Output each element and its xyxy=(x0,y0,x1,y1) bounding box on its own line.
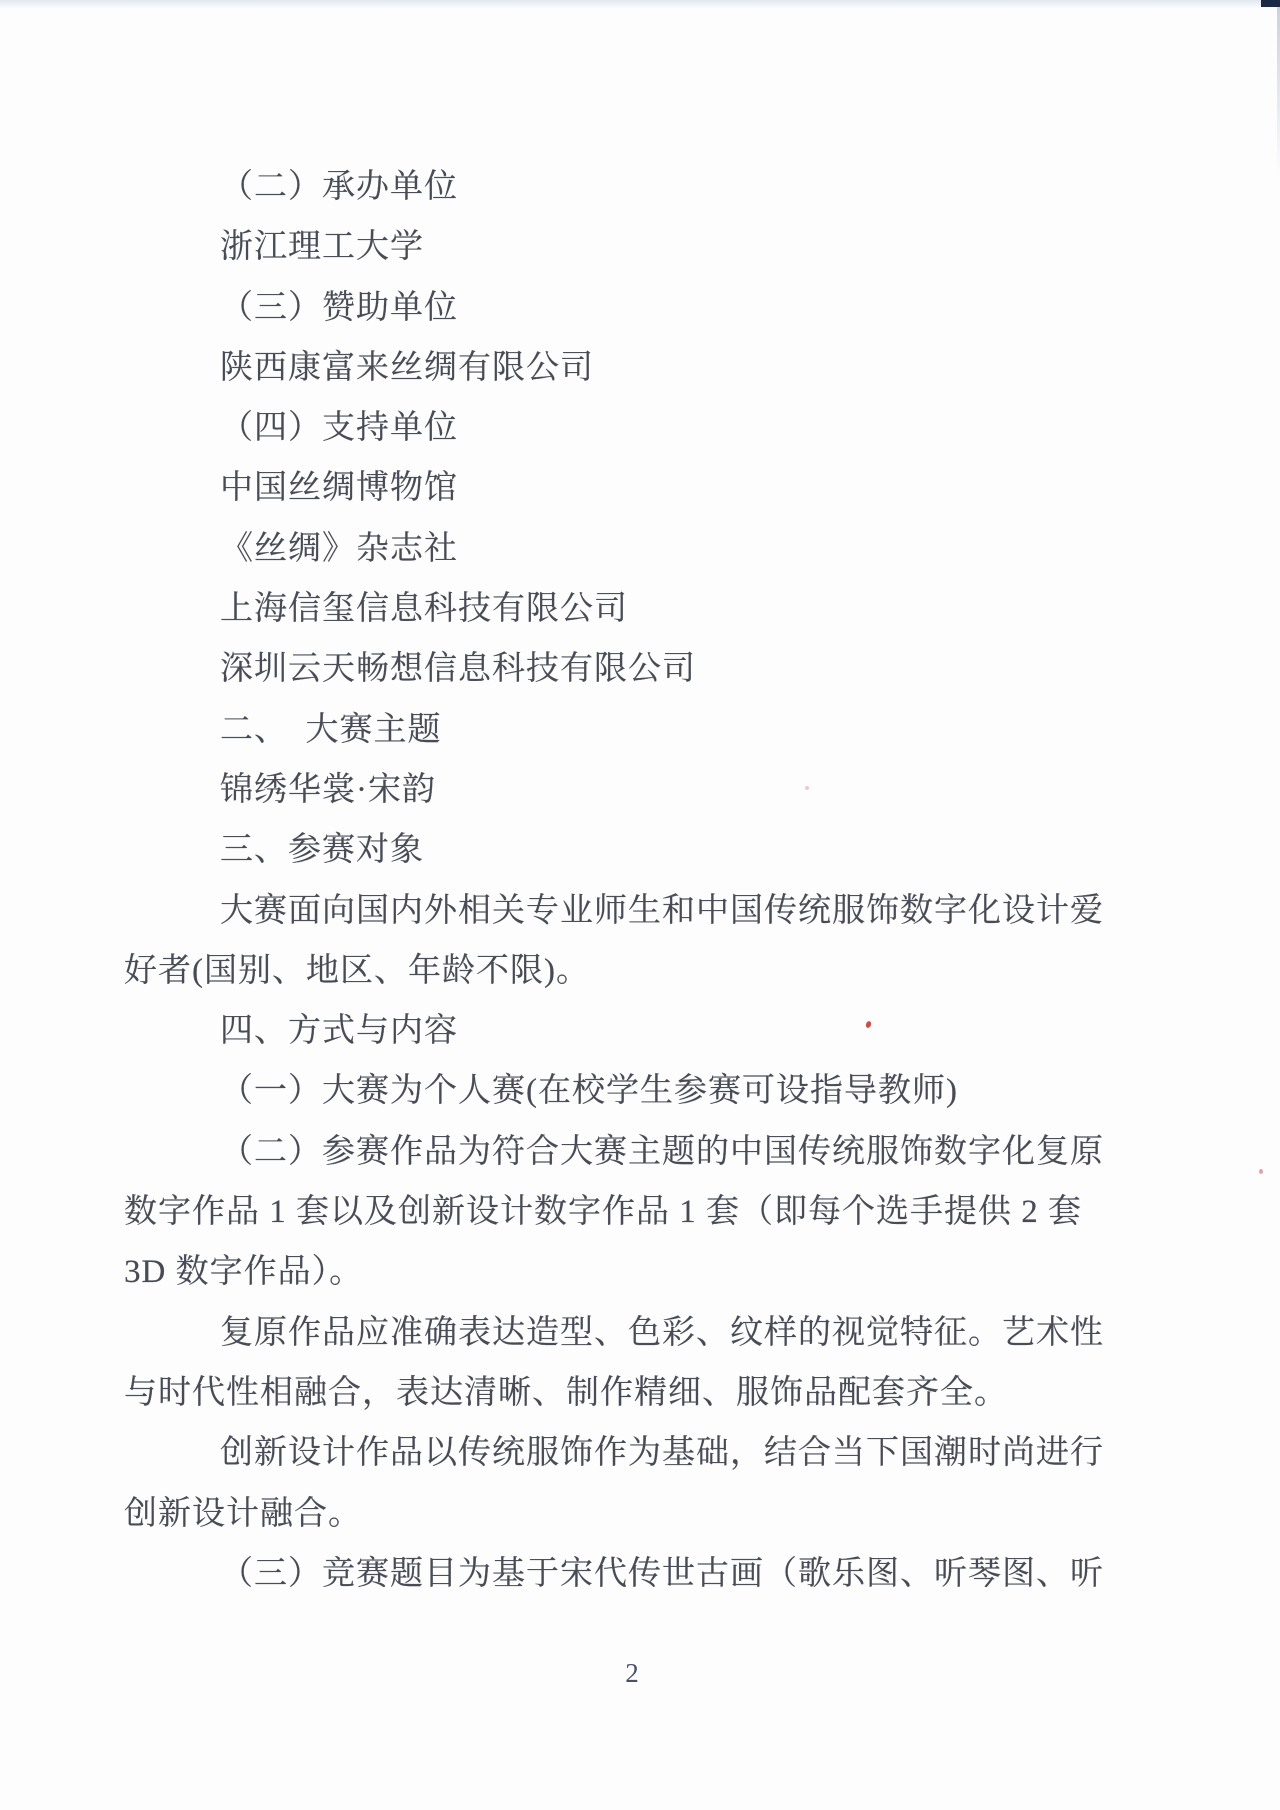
item-3-topic-line-1: （三）竞赛题目为基于宋代传世古画（歌乐图、听琴图、听 xyxy=(124,1544,1134,1604)
restoration-requirements-line-1: 复原作品应准确表达造型、色彩、纹样的视觉特征。艺术性 xyxy=(124,1303,1134,1363)
participants-paragraph-line-1: 大赛面向国内外相关专业师生和中国传统服饰数字化设计爱 xyxy=(124,881,1134,941)
scanned-document-page: （二）承办单位 浙江理工大学 （三）赞助单位 陕西康富来丝绸有限公司 （四）支持… xyxy=(0,0,1280,1810)
page-number: 2 xyxy=(612,1658,652,1689)
scan-edge-artifact xyxy=(0,0,1280,9)
theme-text: 锦绣华裳·宋韵 xyxy=(124,760,1134,820)
item-2-entries-line-3: 3D 数字作品）。 xyxy=(124,1242,1134,1302)
support-name-2: 《丝绸》杂志社 xyxy=(124,519,1134,579)
item-2-entries-line-2: 数字作品 1 套以及创新设计数字作品 1 套（即每个选手提供 2 套 xyxy=(124,1182,1134,1242)
heading-sponsor-unit: （三）赞助单位 xyxy=(124,278,1134,338)
heading-support-unit: （四）支持单位 xyxy=(124,398,1134,458)
document-body: （二）承办单位 浙江理工大学 （三）赞助单位 陕西康富来丝绸有限公司 （四）支持… xyxy=(124,157,1134,1604)
pink-ink-speck xyxy=(805,786,809,790)
restoration-requirements-line-2: 与时代性相融合，表达清晰、制作精细、服饰品配套齐全。 xyxy=(124,1363,1134,1423)
support-name-3: 上海信玺信息科技有限公司 xyxy=(124,579,1134,639)
participants-paragraph-line-2: 好者(国别、地区、年龄不限)。 xyxy=(124,941,1134,1001)
support-name-4: 深圳云天畅想信息科技有限公司 xyxy=(124,639,1134,699)
support-name-1: 中国丝绸博物馆 xyxy=(124,458,1134,518)
section-3-participants-heading: 三、参赛对象 xyxy=(124,820,1134,880)
undertaker-name: 浙江理工大学 xyxy=(124,217,1134,277)
item-2-entries-line-1: （二）参赛作品为符合大赛主题的中国传统服饰数字化复原 xyxy=(124,1122,1134,1182)
faint-red-speck xyxy=(1259,1169,1263,1174)
item-1-individual-competition: （一）大赛为个人赛(在校学生参赛可设指导教师) xyxy=(124,1061,1134,1121)
innovation-design-line-1: 创新设计作品以传统服饰作为基础，结合当下国潮时尚进行 xyxy=(124,1423,1134,1483)
section-2-theme-heading: 二、 大赛主题 xyxy=(124,700,1134,760)
section-4-format-heading: 四、方式与内容 xyxy=(124,1001,1134,1061)
innovation-design-line-2: 创新设计融合。 xyxy=(124,1484,1134,1544)
heading-undertaker-unit: （二）承办单位 xyxy=(124,157,1134,217)
sponsor-name: 陕西康富来丝绸有限公司 xyxy=(124,338,1134,398)
scan-corner-artifact xyxy=(1261,0,1280,7)
